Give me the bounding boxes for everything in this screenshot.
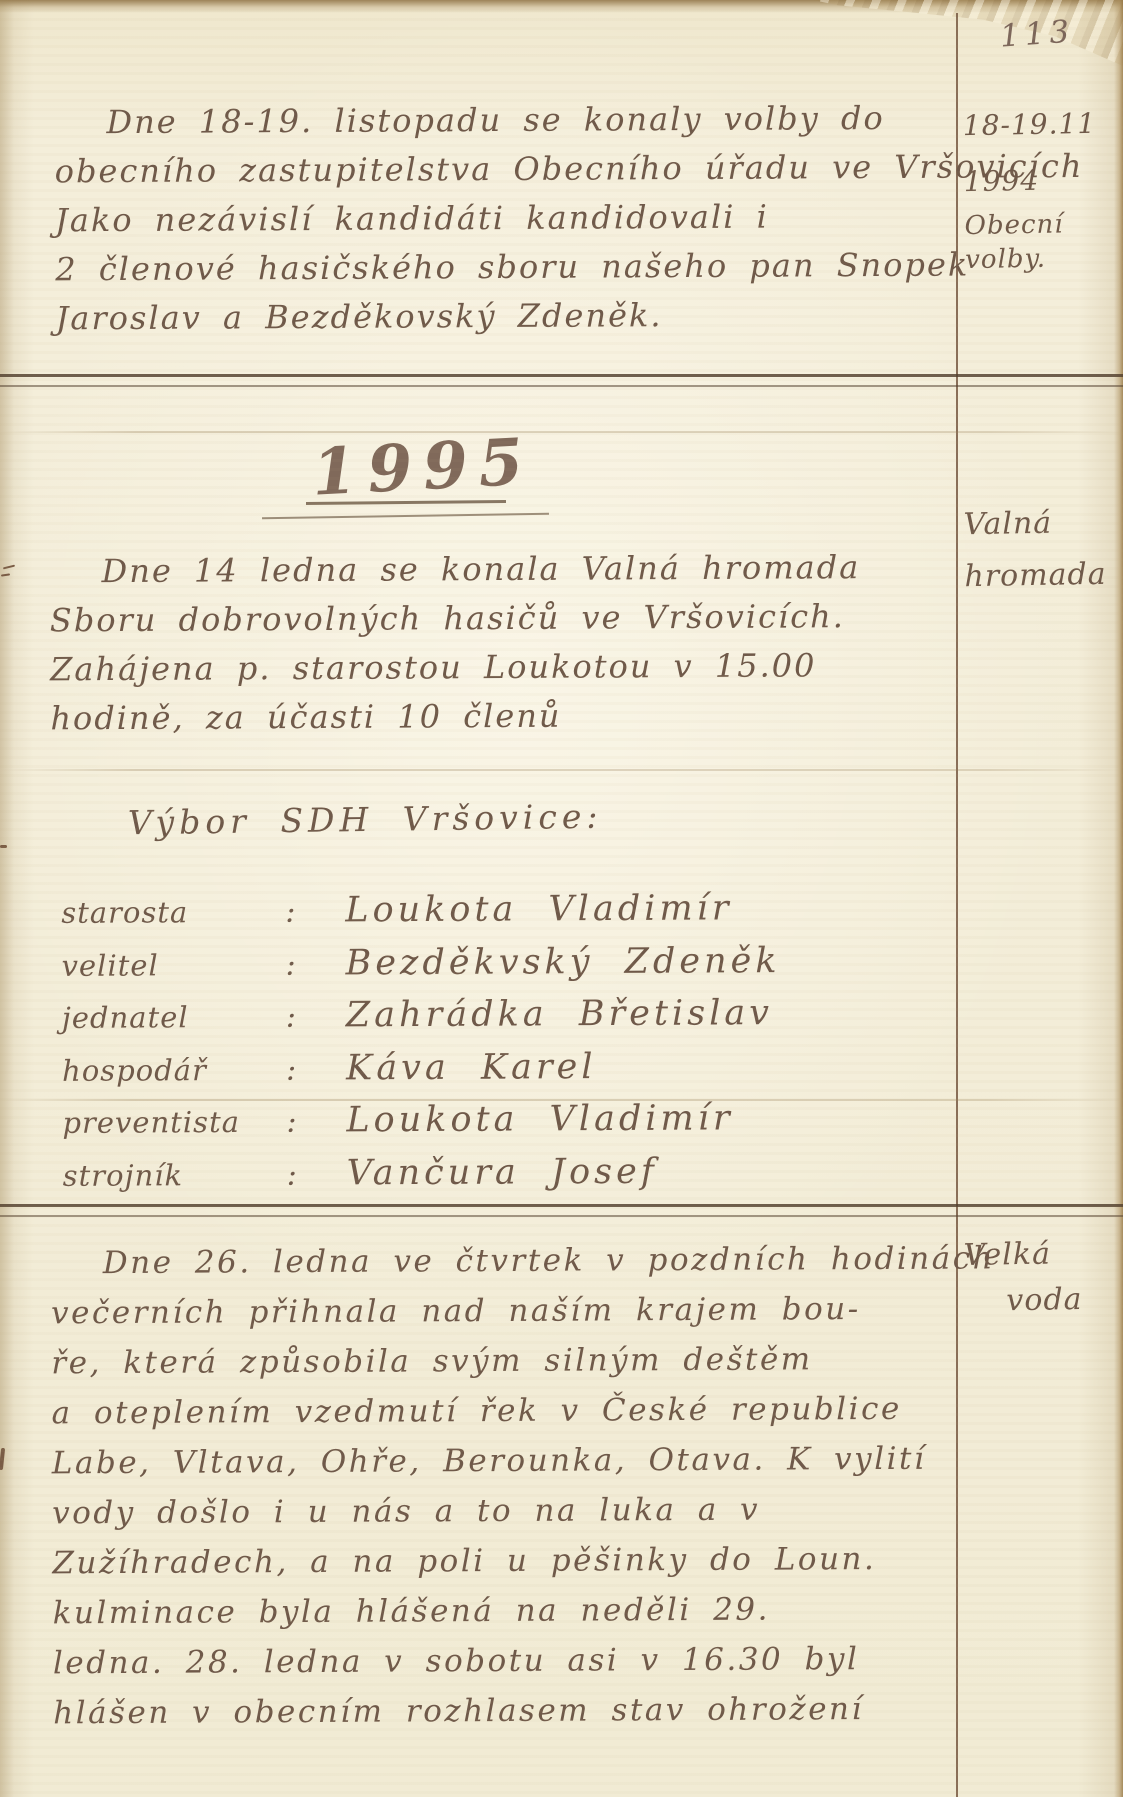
committee-role: hospodář [62, 1052, 258, 1087]
text-line: večerních přihnala nad naším krajem bou- [51, 1284, 951, 1339]
text-line: obecního zastupitelstva Obecního úřadu v… [55, 143, 955, 197]
year-underline [262, 513, 549, 520]
paper-crease [0, 769, 1123, 771]
committee-row: jednatel : Zahrádka Břetislav [62, 993, 781, 1049]
committee-role: strojník [63, 1157, 259, 1192]
chronicle-page: 113 Dne 18-19. listopadu se konaly volby… [0, 0, 1123, 1797]
committee-heading: Výbor SDH Vršovice: [128, 797, 603, 843]
committee-name: Zahrádka Břetislav [346, 993, 773, 1035]
page-left-shadow [0, 0, 14, 1797]
text-line: a oteplením vzedmutí řek v České republi… [51, 1384, 951, 1439]
text-line: hodině, za účasti 10 členů [50, 690, 960, 744]
colon-separator: : [258, 999, 346, 1034]
colon-separator: : [257, 947, 345, 982]
paper-crease [0, 1099, 1123, 1101]
margin-note-line: voda [964, 1277, 1083, 1325]
committee-list: starosta : Loukota Vladimír velitel : Be… [61, 888, 782, 1207]
margin-note-1994-elections: 18-19.11 1994 Obecní volby. [963, 103, 1099, 277]
committee-row: strojník : Vančura Josef [63, 1151, 782, 1207]
text-line: Jako nezávislí kandidáti kandidovali i [55, 192, 955, 246]
year-heading: 1995 [310, 424, 536, 511]
margin-note-line: 18-19.11 [963, 103, 1097, 147]
committee-name: Káva Karel [346, 1047, 597, 1088]
text-line: Zahájena p. starostou Loukotou v 15.00 [50, 641, 960, 695]
text-line: ledna. 28. ledna v sobotu asi v 16.30 by… [53, 1634, 953, 1689]
committee-name: Bezděkvský Zdeněk [345, 941, 780, 983]
committee-name: Loukota Vladimír [346, 1098, 733, 1140]
committee-name: Vančura Josef [347, 1151, 658, 1193]
committee-role: preventista [62, 1105, 258, 1140]
entry-1994-elections: Dne 18-19. listopadu se konaly volby do … [54, 94, 955, 344]
margin-note-line: 1994 [963, 159, 1097, 203]
committee-row: preventista : Loukota Vladimír [62, 1098, 781, 1154]
entry-valna-hromada: Dne 14 ledna se konala Valná hromada Sbo… [49, 543, 960, 744]
text-line: vody došlo i u nás a to na luka a v [52, 1484, 952, 1539]
text-line: Dne 26. ledna ve čtvrtek v pozdních hodi… [51, 1234, 951, 1289]
page-number: 113 [999, 13, 1076, 54]
committee-row: starosta : Loukota Vladimír [61, 888, 780, 944]
text-line: Zužíhradech, a na poli u pěšinky do Loun… [52, 1534, 952, 1589]
text-line: 2 členové hasičského sboru našeho pan Sn… [55, 241, 955, 295]
committee-row: velitel : Bezděkvský Zdeněk [61, 941, 780, 997]
text-line: kulminace byla hlášená na neděli 29. [53, 1584, 953, 1639]
section-divider [0, 374, 1123, 387]
margin-note-line: Valná [963, 497, 1106, 551]
ink-smudge [0, 845, 7, 848]
margin-note-line: hromada [964, 549, 1107, 603]
entry-velka-voda: Dne 26. ledna ve čtvrtek v pozdních hodi… [51, 1234, 954, 1739]
colon-separator: : [258, 1104, 346, 1139]
committee-role: starosta [61, 895, 257, 930]
committee-role: velitel [61, 947, 257, 982]
page-right-edge [1114, 0, 1123, 1797]
text-line: ře, která způsobila svým silným deštěm [51, 1334, 951, 1389]
section-divider [0, 1204, 1123, 1217]
committee-role: jednatel [62, 1000, 258, 1035]
margin-note-line: volby. [965, 241, 1099, 277]
margin-note-line: Obecní [964, 207, 1098, 243]
committee-row: hospodář : Káva Karel [62, 1046, 781, 1102]
text-line: Dne 14 ledna se konala Valná hromada [49, 543, 959, 597]
colon-separator: : [259, 1157, 347, 1192]
text-line: Jaroslav a Bezděkovský Zdeněk. [55, 290, 955, 344]
colon-separator: : [258, 1052, 346, 1087]
text-line: hlášen v obecním rozhlasem stav ohrožení [53, 1684, 953, 1739]
paper-crease [0, 431, 1123, 433]
text-line: Dne 18-19. listopadu se konaly volby do [54, 94, 954, 148]
committee-name: Loukota Vladimír [345, 888, 732, 930]
margin-note-valna-hromada: Valná hromada [963, 497, 1107, 603]
text-line: Sboru dobrovolných hasičů ve Vršovicích. [50, 592, 960, 646]
colon-separator: : [257, 894, 345, 929]
text-line: Labe, Vltava, Ohře, Berounka, Otava. K v… [52, 1434, 952, 1489]
